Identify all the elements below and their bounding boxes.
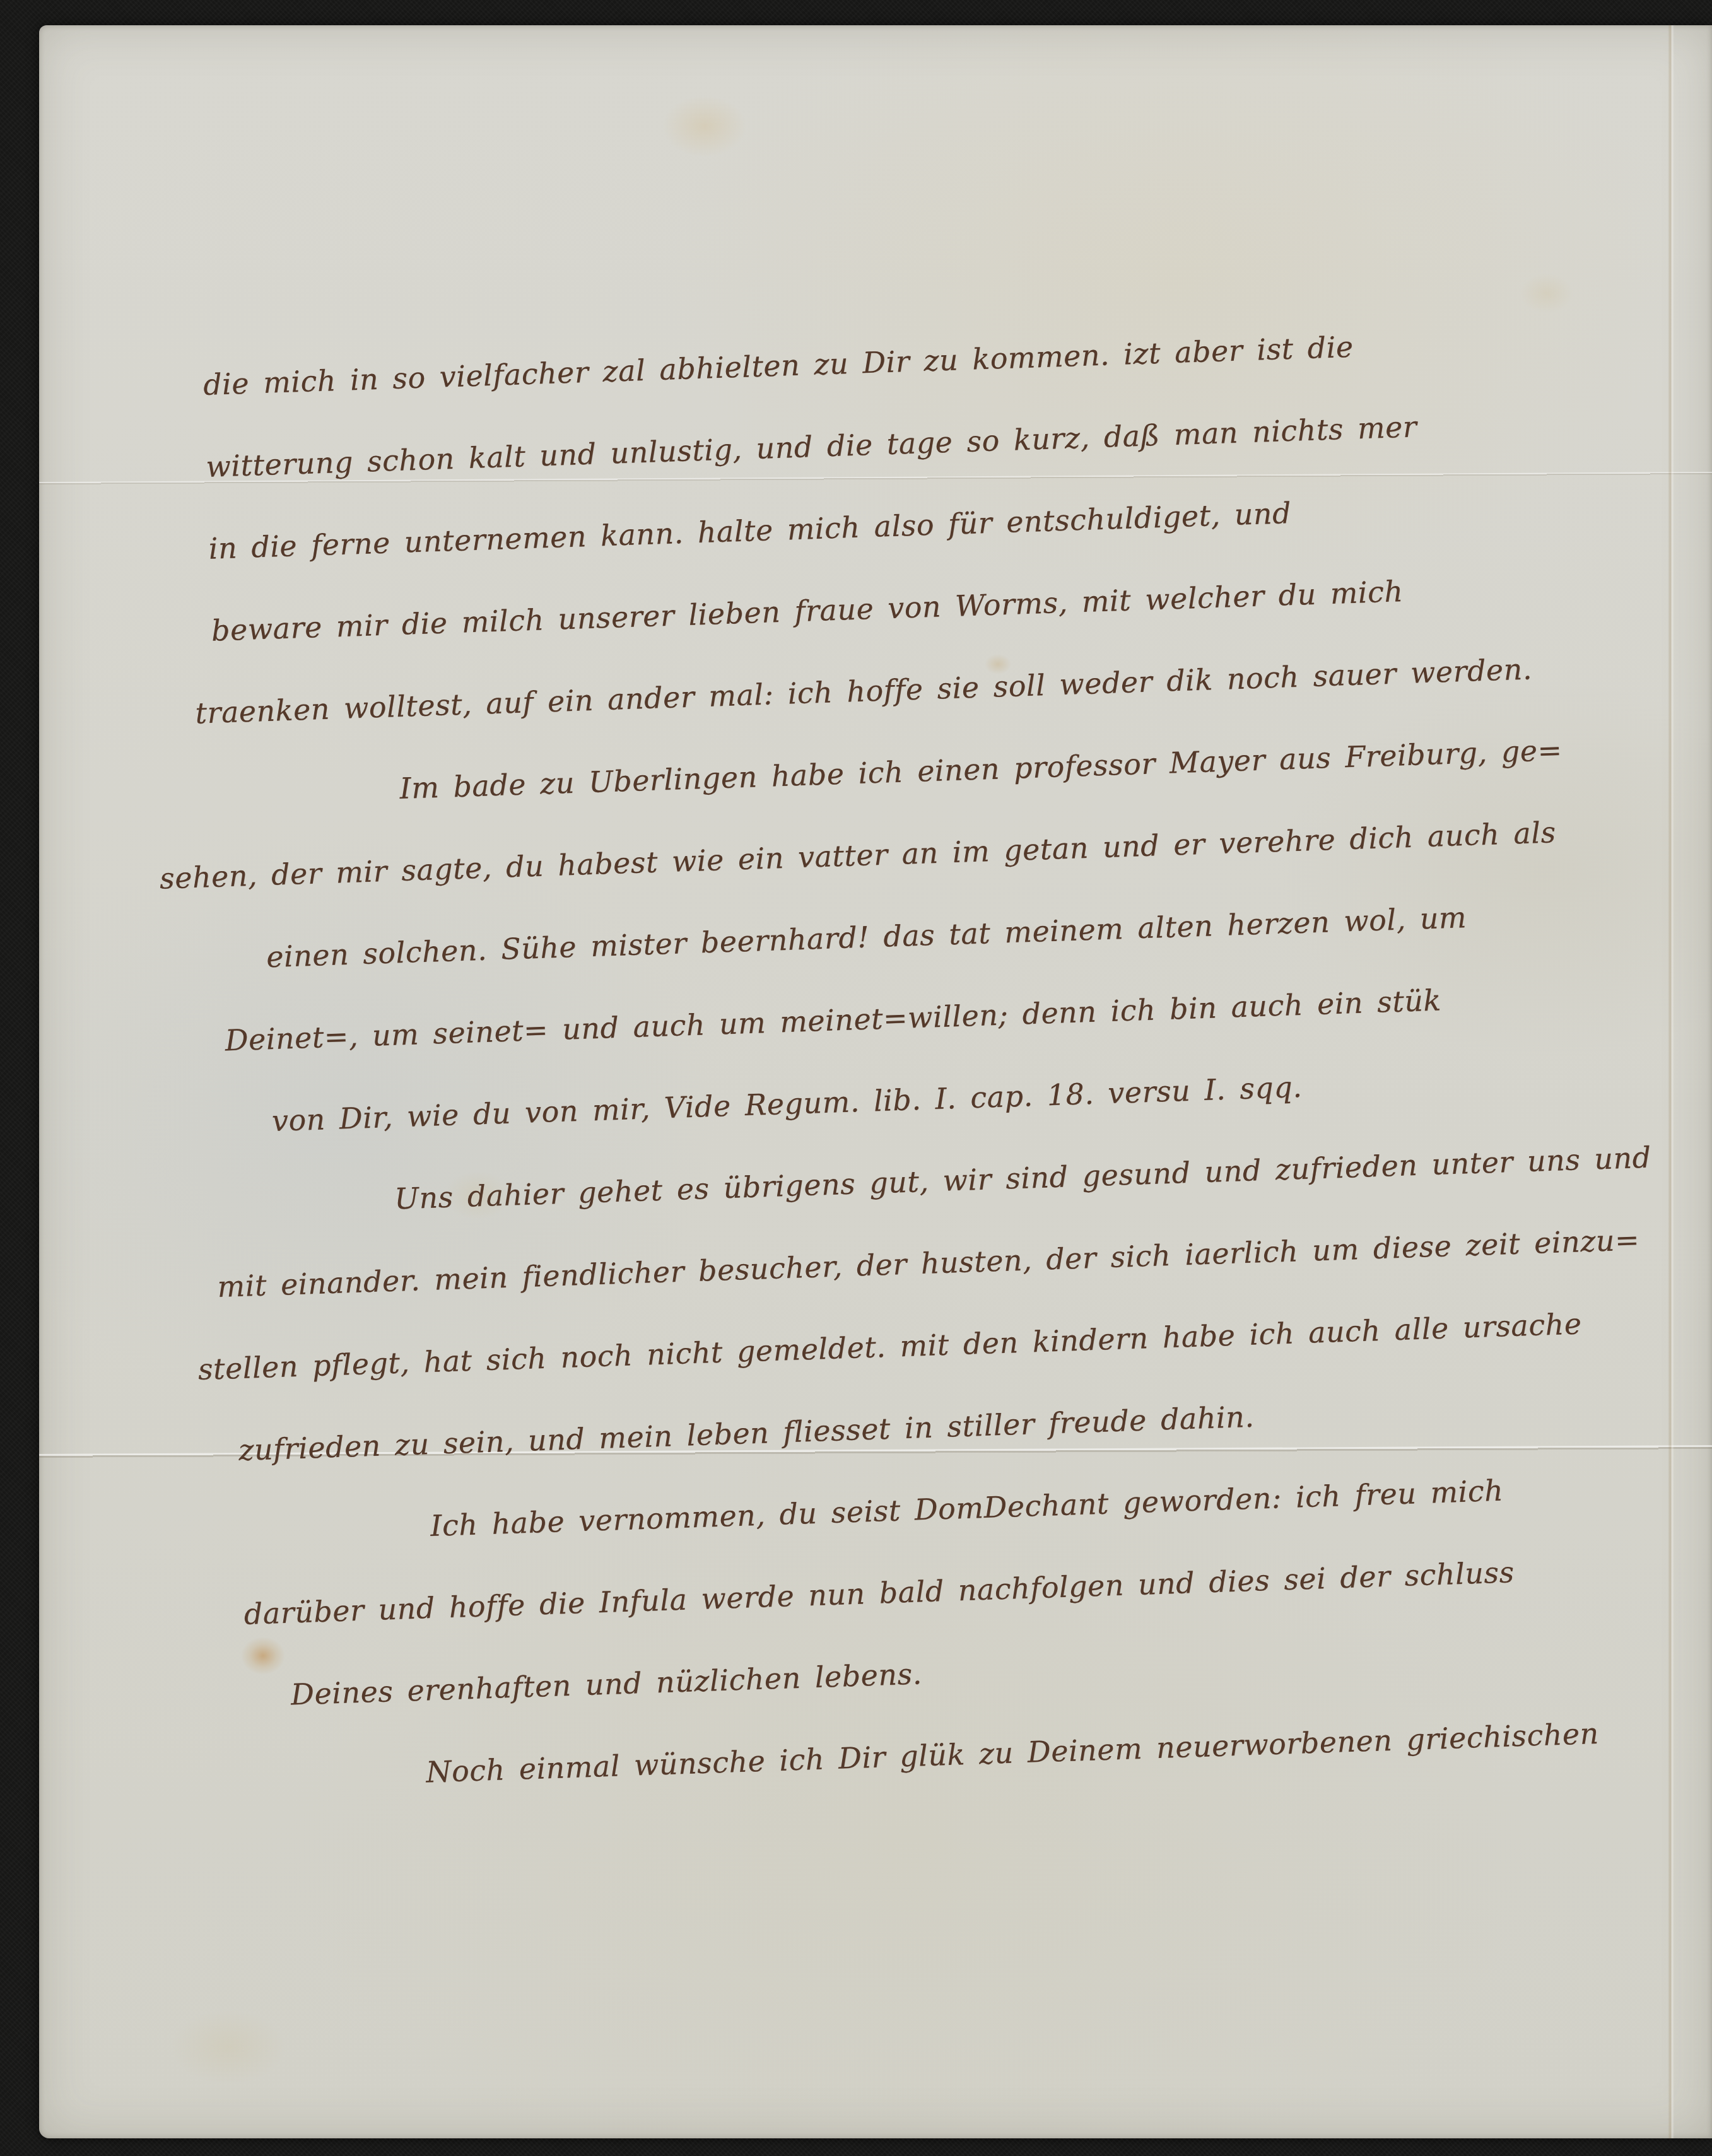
- paper-stain: [146, 1993, 310, 2100]
- letter-sheet: die mich in so vielfacher zal abhielten …: [39, 25, 1712, 2138]
- scan-background: die mich in so vielfacher zal abhielten …: [0, 0, 1712, 2156]
- letter-body: die mich in so vielfacher zal abhielten …: [202, 296, 1701, 1819]
- paper-stain: [645, 82, 765, 170]
